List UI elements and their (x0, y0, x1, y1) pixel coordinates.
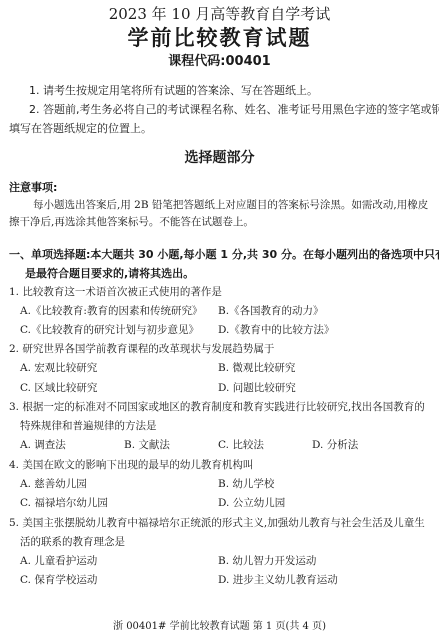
question-2-option-c: C. 区域比较研究 (20, 380, 97, 395)
question-2-option-b: B. 微观比较研究 (218, 360, 295, 375)
question-5-stem-cont: 活的联系的教育理念是 (20, 534, 125, 549)
question-5-option-d: D. 进步主义幼儿教育运动 (218, 572, 338, 587)
section-heading: 选择题部分 (0, 147, 439, 167)
question-2-option-a: A. 宏观比较研究 (20, 360, 97, 375)
question-4-stem: 4. 美国在欧文的影响下出现的最早的幼儿教育机构叫 (9, 457, 253, 472)
question-3-option-a: A. 调查法 (20, 437, 66, 452)
part-one-heading: 一、单项选择题:本大题共 30 小题,每小题 1 分,共 30 分。在每小题列出… (9, 246, 439, 262)
question-5-stem: 5. 美国主张摆脱幼儿教育中福禄培尔正统派的形式主义,加强幼儿教育与社会生活及儿… (9, 515, 425, 530)
question-4-option-d: D. 公立幼儿园 (218, 495, 285, 510)
instruction-2-cont: 填写在答题纸规定的位置上。 (9, 120, 152, 136)
question-2-stem: 2. 研究世界各国学前教育课程的改革现状与发展趋势属于 (9, 341, 274, 356)
exam-session-line: 2023 年 10 月高等教育自学考试 (0, 3, 439, 24)
question-3-option-b: B. 文献法 (124, 437, 170, 452)
question-4-option-a: A. 慈善幼儿园 (20, 476, 87, 491)
notes-label: 注意事项: (9, 179, 57, 195)
question-1-stem: 1. 比较教育这一术语首次被正式使用的著作是 (9, 284, 222, 299)
question-1-option-b: B.《各国教育的动力》 (218, 303, 324, 318)
question-3-option-d: D. 分析法 (312, 437, 358, 452)
page-footer: 浙 00401# 学前比较教育试题 第 1 页(共 4 页) (0, 617, 439, 632)
question-3-stem: 3. 根据一定的标准对不同国家或地区的教育制度和教育实践进行比较研究,找出各国教… (9, 399, 425, 414)
page-title: 学前比较教育试题 (0, 22, 439, 52)
course-code: 课程代码:00401 (0, 50, 439, 69)
instruction-1: 1. 请考生按规定用笔将所有试题的答案涂、写在答题纸上。 (29, 82, 318, 98)
question-1-option-a: A.《比较教育:教育的因素和传统研究》 (20, 303, 202, 318)
question-4-option-c: C. 福禄培尔幼儿园 (20, 495, 108, 510)
note-line-1: 每小题选出答案后,用 2B 铅笔把答题纸上对应题目的答案标号涂黑。如需改动,用橡… (33, 197, 428, 212)
question-3-stem-cont: 特殊规律和普遍规律的方法是 (20, 418, 157, 433)
question-1-option-c: C.《比较教育的研究计划与初步意见》 (20, 322, 199, 337)
part-one-heading-cont: 是最符合题目要求的,请将其选出。 (25, 265, 194, 281)
question-5-option-b: B. 幼儿智力开发运动 (218, 553, 316, 568)
question-2-option-d: D. 问题比较研究 (218, 380, 296, 395)
question-5-option-a: A. 儿童看护运动 (20, 553, 97, 568)
note-line-2: 擦干净后,再选涂其他答案标号。不能答在试题卷上。 (9, 214, 254, 229)
question-3-option-c: C. 比较法 (218, 437, 264, 452)
question-5-option-c: C. 保育学校运动 (20, 572, 97, 587)
instruction-2: 2. 答题前,考生务必将自己的考试课程名称、姓名、准考证号用黑色字迹的签字笔或钢… (29, 101, 439, 117)
question-1-option-d: D.《教育中的比较方法》 (218, 322, 334, 337)
question-4-option-b: B. 幼儿学校 (218, 476, 274, 491)
